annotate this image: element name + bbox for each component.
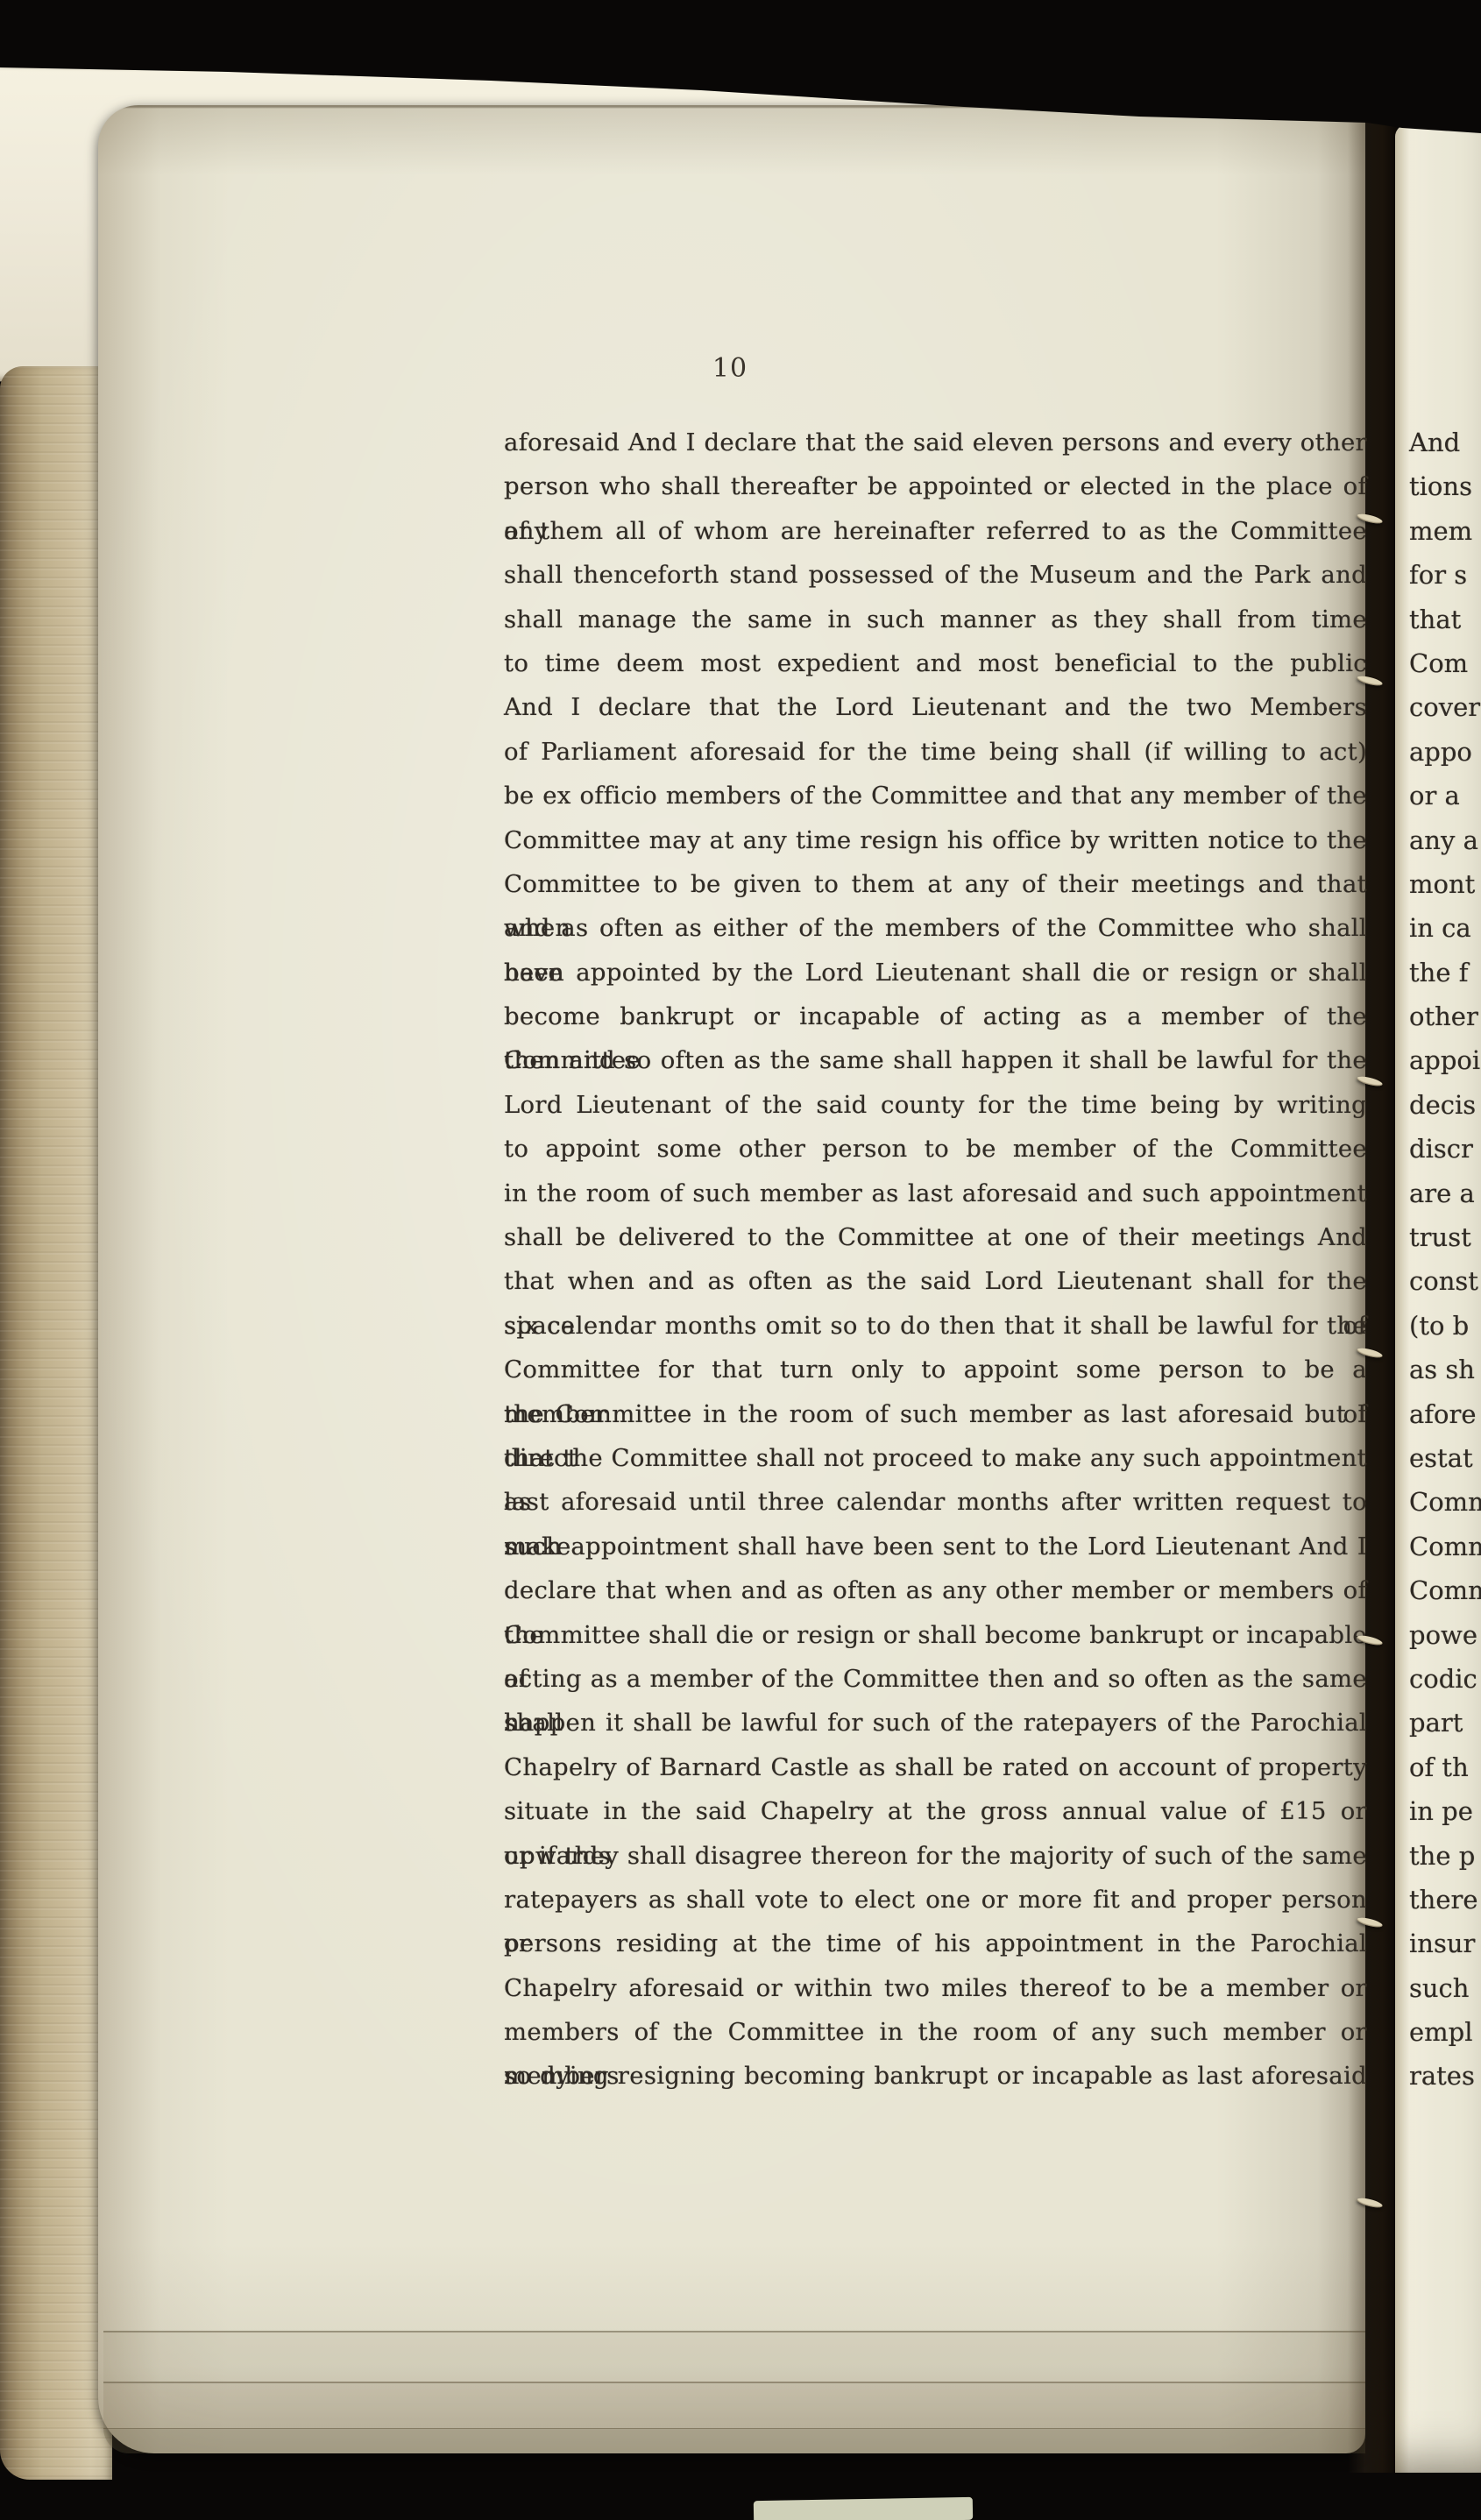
text-line: the Committee in the room of such member… [504, 1392, 1367, 1436]
text-line-fragment: Comm [1409, 1568, 1481, 1612]
text-line-fragment: tions [1409, 464, 1481, 508]
text-line-fragment: as sh [1409, 1348, 1481, 1391]
text-line-fragment: part [1409, 1701, 1481, 1745]
text-line: person who shall thereafter be appointed… [504, 464, 1367, 508]
text-line-fragment: appo [1409, 730, 1481, 774]
page-bottom-edge [103, 2428, 1365, 2453]
text-line: situate in the said Chapelry at the gros… [504, 1789, 1367, 1833]
text-line-fragment: And [1409, 421, 1481, 464]
text-line: shall be delivered to the Committee at o… [504, 1215, 1367, 1259]
text-line-fragment: decis [1409, 1083, 1481, 1127]
text-line-fragment: codic [1409, 1657, 1481, 1701]
facing-page-text: Andtionsmemfor sthatComcoverappoor aany … [1409, 421, 1481, 2099]
text-line: so dying resigning becoming bankrupt or … [504, 2054, 1367, 2098]
text-line: such appointment shall have been sent to… [504, 1525, 1367, 1568]
text-line: in the room of such member as last afore… [504, 1172, 1367, 1215]
text-line: of Parliament aforesaid for the time bei… [504, 730, 1367, 774]
text-line-fragment: estat [1409, 1436, 1481, 1480]
page-number: 10 [660, 353, 800, 384]
text-line-fragment: afore [1409, 1392, 1481, 1436]
stitch-mark [1356, 1074, 1383, 1087]
page-text: aforesaid And I declare that the said el… [504, 421, 1367, 2099]
text-line: been appointed by the Lord Lieutenant sh… [504, 951, 1367, 995]
text-line: last aforesaid until three calendar mont… [504, 1480, 1367, 1524]
text-line-fragment: insur [1409, 1922, 1481, 1965]
text-line: that the Committee shall not proceed to … [504, 1436, 1367, 1480]
text-line: persons residing at the time of his appo… [504, 1922, 1367, 1965]
text-line: Committee to be given to them at any of … [504, 862, 1367, 906]
text-line-fragment: in ca [1409, 906, 1481, 950]
book-scan: 10 aforesaid And I declare that the said… [0, 0, 1481, 2520]
text-line: to appoint some other person to be membe… [504, 1127, 1367, 1171]
text-line: Committee may at any time resign his off… [504, 818, 1367, 862]
stitch-mark [1356, 2196, 1383, 2209]
text-line-fragment: const [1409, 1259, 1481, 1303]
text-line: happen it shall be lawful for such of th… [504, 1701, 1367, 1745]
text-line-fragment: there [1409, 1878, 1481, 1922]
text-line: Lord Lieutenant of the said county for t… [504, 1083, 1367, 1127]
text-line-fragment: for s [1409, 553, 1481, 597]
stitch-mark [1356, 1915, 1383, 1929]
book-gutter-shadow [1348, 103, 1397, 2473]
text-line: Chapelry aforesaid or within two miles t… [504, 1966, 1367, 2010]
stitch-mark [1356, 1346, 1383, 1359]
text-line: Committee shall die or resign or shall b… [504, 1613, 1367, 1657]
stitch-mark [1356, 512, 1383, 525]
text-line-fragment: Com [1409, 641, 1481, 685]
text-line-fragment: appoi [1409, 1038, 1481, 1082]
text-line: and as often as either of the members of… [504, 906, 1367, 950]
text-line: to time deem most expedient and most ben… [504, 641, 1367, 685]
text-line: members of the Committee in the room of … [504, 2010, 1367, 2054]
text-line: Committee for that turn only to appoint … [504, 1348, 1367, 1391]
text-line-fragment: other [1409, 995, 1481, 1038]
text-line: be ex officio members of the Committee a… [504, 774, 1367, 818]
text-line: shall thenceforth stand possessed of the… [504, 553, 1367, 597]
text-line-fragment: cover [1409, 685, 1481, 729]
text-line-fragment: rates [1409, 2054, 1481, 2098]
paper-sliver [754, 2497, 973, 2520]
text-line: acting as a member of the Committee then… [504, 1657, 1367, 1701]
text-line-fragment: empl [1409, 2010, 1481, 2054]
text-line-fragment: mont [1409, 862, 1481, 906]
stitch-mark [1356, 674, 1383, 687]
book-page-block-edge [0, 366, 112, 2480]
text-line-fragment: or a [1409, 774, 1481, 818]
right-page: Andtionsmemfor sthatComcoverappoor aany … [1395, 124, 1481, 2473]
text-line: then and so often as the same shall happ… [504, 1038, 1367, 1082]
text-line-fragment: (to b [1409, 1304, 1481, 1348]
text-line: aforesaid And I declare that the said el… [504, 421, 1367, 464]
text-line-fragment: any a [1409, 818, 1481, 862]
text-line-fragment: the f [1409, 951, 1481, 995]
text-line-fragment: Comm [1409, 1480, 1481, 1524]
text-line: ratepayers as shall vote to elect one or… [504, 1878, 1367, 1922]
text-line: of them all of whom are hereinafter refe… [504, 509, 1367, 553]
text-line-fragment: trust [1409, 1215, 1481, 1259]
text-line-fragment: mem [1409, 509, 1481, 553]
text-line-fragment: powe [1409, 1613, 1481, 1657]
text-line-fragment: Comm [1409, 1525, 1481, 1568]
text-line: declare that when and as often as any ot… [504, 1568, 1367, 1612]
page-bottom-edge [103, 2382, 1365, 2429]
text-line: shall manage the same in such manner as … [504, 598, 1367, 641]
text-line-fragment: that [1409, 598, 1481, 641]
text-line: Chapelry of Barnard Castle as shall be r… [504, 1745, 1367, 1789]
text-line: become bankrupt or incapable of acting a… [504, 995, 1367, 1038]
text-line-fragment: in pe [1409, 1789, 1481, 1833]
text-line-fragment: are a [1409, 1172, 1481, 1215]
text-line-fragment: discr [1409, 1127, 1481, 1171]
text-line: six calendar months omit so to do then t… [504, 1304, 1367, 1348]
stitch-mark [1356, 1633, 1383, 1646]
text-line-fragment: the p [1409, 1834, 1481, 1878]
page-bottom-edge [103, 2331, 1365, 2383]
text-line-fragment: of th [1409, 1745, 1481, 1789]
text-line: that when and as often as the said Lord … [504, 1259, 1367, 1303]
text-line-fragment: such [1409, 1966, 1481, 2010]
left-page: 10 aforesaid And I declare that the said… [98, 105, 1365, 2453]
text-line: And I declare that the Lord Lieutenant a… [504, 685, 1367, 729]
text-line: or if they shall disagree thereon for th… [504, 1834, 1367, 1878]
